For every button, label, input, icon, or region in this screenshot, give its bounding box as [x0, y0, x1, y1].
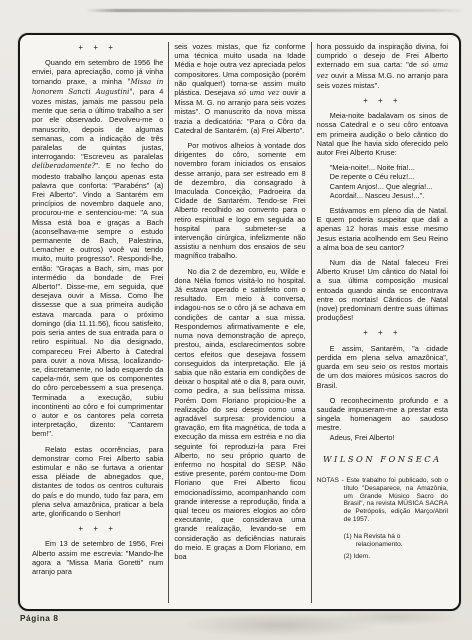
note-item: (1) Na Revista há o relacionamento.: [317, 533, 448, 549]
article-column-2: seis vozes mistas, que fiz conforme uma …: [168, 42, 310, 603]
paragraph: seis vozes mistas, que fiz conforme uma …: [174, 42, 305, 135]
paragraph: Por motivos alheios à vontade dos dirige…: [174, 141, 305, 261]
paragraph: Num dia de Natal faleceu Frei Alberto Kr…: [317, 258, 448, 322]
scan-artifact-smudge: [180, 612, 380, 638]
page-number: Página 8: [20, 614, 58, 623]
paragraph: No dia 2 de dezembro, eu, Wilde e dona N…: [174, 267, 305, 562]
paragraph: hora possuido da inspiração divina, foi …: [317, 42, 448, 90]
paragraph: Estávamos em pleno dia de Natal. E quem …: [317, 206, 448, 252]
page-frame: + + +Quando em setembro de 1956 lhe envi…: [18, 33, 461, 611]
section-separator: + + +: [32, 43, 163, 52]
section-separator: + + +: [317, 328, 448, 337]
section-separator: + + +: [317, 96, 448, 105]
scan-artifact-streak: [86, 9, 466, 12]
paragraph: Quando em setembro de 1956 lhe enviei, p…: [32, 58, 163, 438]
note-item: (2) Idem.: [317, 553, 448, 561]
paragraph: Meia-noite badalavam os sinos de nossa C…: [317, 111, 448, 157]
paragraph: O reconhecimento profundo e a saudade im…: [317, 396, 448, 433]
verse-line: Cantem Anjos!... Que alegria!...: [330, 182, 448, 191]
article-column-1: + + +Quando em setembro de 1956 lhe envi…: [27, 42, 168, 603]
author-signature: WILSON FONSECA: [317, 455, 448, 464]
verse-line: "Meia-noite!... Noite fria!...: [330, 163, 448, 172]
notes-block: NOTAS - Este trabalho foi publicado, sob…: [317, 477, 448, 524]
paragraph: Relato estas ocorrências, para demonstra…: [32, 445, 163, 519]
paragraph: E assim, Santarém, "a cidade perdida em …: [317, 344, 448, 390]
verse-line: De repente o Céu reluz!...: [330, 172, 448, 181]
paragraph: Adeus, Frei Alberto!: [317, 433, 448, 442]
verse-block: "Meia-noite!... Noite fria!...De repente…: [330, 163, 448, 200]
section-separator: + + +: [32, 524, 163, 533]
paragraph: Em 13 de setembro de 1956, Frei Alberto …: [32, 539, 163, 576]
article-column-3: hora possuido da inspiração divina, foi …: [311, 42, 453, 603]
scanned-magazine-page: { "page": { "number_label": "Página 8", …: [0, 0, 472, 640]
verse-line: Acordai!... Nasceu Jesus!...".: [330, 191, 448, 200]
